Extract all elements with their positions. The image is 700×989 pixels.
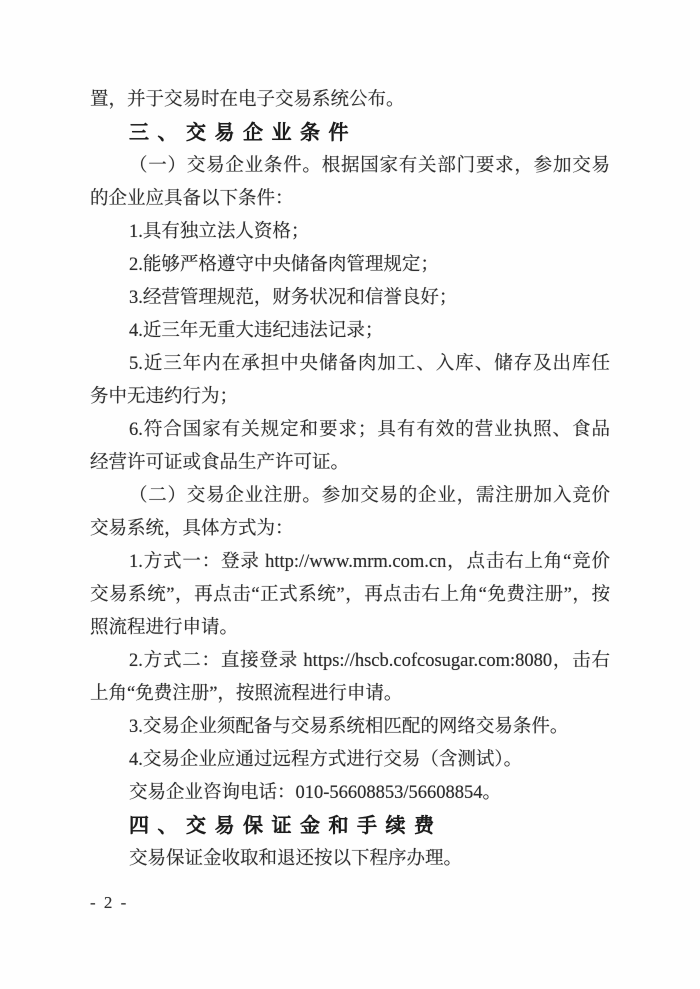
text-line: 1.方式一：登录 http://www.mrm.com.cn，点击右上角“竞价 [90,546,610,579]
text-line: 3.经营管理规范，财务状况和信誉良好； [90,282,610,315]
text-line: 4.交易企业应通过远程方式进行交易（含测试）。 [90,744,610,777]
text-line: 照流程进行申请。 [90,612,610,645]
document-body: 置，并于交易时在电子交易系统公布。三、交易企业条件（一）交易企业条件。根据国家有… [90,84,610,876]
text-line: 2.方式二：直接登录 https://hscb.cofcosugar.com:8… [90,645,610,678]
text-line: 2.能够严格遵守中央储备肉管理规定； [90,249,610,282]
section-heading: 四、交易保证金和手续费 [90,810,610,843]
text-line: 的企业应具备以下条件： [90,183,610,216]
section-heading: 三、交易企业条件 [90,117,610,150]
text-line: 置，并于交易时在电子交易系统公布。 [90,84,610,117]
text-line: 4.近三年无重大违纪违法记录； [90,315,610,348]
text-line: 1.具有独立法人资格； [90,216,610,249]
text-line: 6.符合国家有关规定和要求；具有有效的营业执照、食品 [90,414,610,447]
text-line: （一）交易企业条件。根据国家有关部门要求，参加交易 [90,150,610,183]
text-line: （二）交易企业注册。参加交易的企业，需注册加入竞价 [90,480,610,513]
text-line: 交易系统，具体方式为： [90,513,610,546]
text-line: 交易保证金收取和退还按以下程序办理。 [90,843,610,876]
scanned-document-page: 置，并于交易时在电子交易系统公布。三、交易企业条件（一）交易企业条件。根据国家有… [0,0,700,989]
text-line: 务中无违约行为； [90,381,610,414]
text-line: 交易系统”，再点击“正式系统”，再点击右上角“免费注册”，按 [90,579,610,612]
text-line: 上角“免费注册”，按照流程进行申请。 [90,678,610,711]
text-line: 3.交易企业须配备与交易系统相匹配的网络交易条件。 [90,711,610,744]
text-line: 5.近三年内在承担中央储备肉加工、入库、储存及出库任 [90,348,610,381]
text-line: 交易企业咨询电话：010-56608853/56608854。 [90,777,610,810]
text-line: 经营许可证或食品生产许可证。 [90,447,610,480]
page-number: - 2 - [90,892,128,914]
